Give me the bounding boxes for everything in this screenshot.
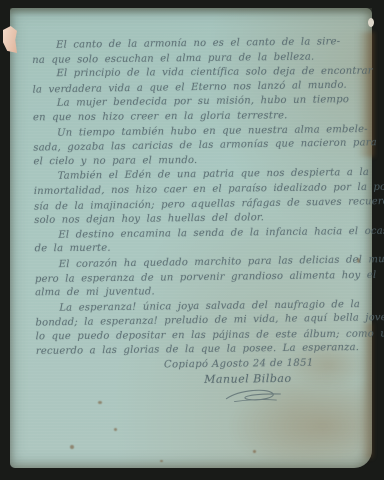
manuscript-text: El canto de la armonía no es el canto de… [32, 35, 368, 407]
letter-paper: El canto de la armonía no es el canto de… [10, 8, 372, 468]
signature-flourish-icon [222, 386, 286, 405]
torn-corner [3, 26, 17, 53]
manuscript-line: alma de mi juventud. [35, 284, 367, 301]
stain-speck [70, 445, 74, 449]
stain-speck [114, 428, 117, 431]
photograph-of-letter: { "scene": { "description": "Aged handwr… [0, 0, 384, 480]
edge-glint [368, 18, 374, 27]
stain [10, 8, 372, 16]
manuscript-line: lo que puedo depositar en las pájinas de… [36, 328, 368, 345]
stain-speck [253, 450, 256, 453]
signature: Manuel Bilbao [36, 370, 368, 389]
stain-speck [160, 460, 163, 462]
manuscript-line: el cielo y no para el mundo. [33, 152, 365, 169]
manuscript-line: en que nos hizo creer en la gloria terre… [33, 109, 365, 126]
